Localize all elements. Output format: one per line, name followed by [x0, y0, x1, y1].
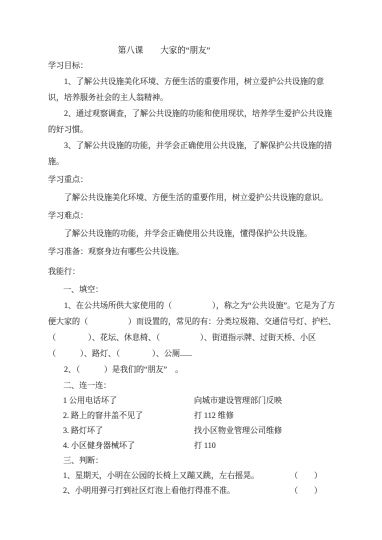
matching-row-3: 3. 路灯坏了 找小区物业管理公司维修: [63, 423, 336, 438]
document-page: 第八课 大家的“朋友” 学习目标： 1、了解公共设施美化环境、方便生活的重要作用…: [0, 0, 382, 540]
preparation-text: 学习准备：观察身边有哪些公共设施。: [48, 244, 336, 260]
matching-row-4: 4. 小区健身器械坏了 打 110: [63, 438, 336, 453]
difficult-point-heading: 学习难点：: [48, 208, 336, 224]
key-point-text: 了解公共设施美化环境、方便生活的重要作用，树立爱护公共设施的意识。: [48, 190, 336, 206]
matching-solution-4: 打 110: [194, 438, 336, 453]
lesson-title: 第八课 大家的“朋友”: [20, 42, 308, 58]
objective-item-3: 3、了解公共设施的功能，并学会正确使用公共设施，了解保护公共设施的措施。: [48, 138, 336, 170]
judgment-item-2: 2、小明用弹弓打到社区灯泡上看他打得准不准。 （ ）: [63, 483, 336, 498]
matching-problem-1: 1 公用电话坏了: [63, 393, 194, 408]
matching-row-1: 1 公用电话坏了 向城市建设管理部门反映: [63, 393, 336, 408]
judgment-answer-blank-1: （ ）: [290, 468, 322, 483]
matching-problem-2: 2. 路上的窨井盖不见了: [63, 408, 194, 423]
matching-row-2: 2. 路上的窨井盖不见了 打 112 维修: [63, 408, 336, 423]
fill-in-item-1: 1、在公共场所供大家使用的（ ），称之为“公共设施”。它是为了方便大家的（ ）而…: [48, 298, 336, 362]
judgment-answer-blank-2: （ ）: [290, 483, 322, 498]
key-point-heading: 学习重点：: [48, 172, 336, 188]
matching-problem-4: 4. 小区健身器械坏了: [63, 438, 194, 453]
objectives-heading: 学习目标：: [48, 58, 336, 74]
matching-solution-3: 找小区物业管理公司维修: [194, 423, 336, 438]
i-can-heading: 我能行：: [48, 264, 336, 280]
judgment-statement-1: 1、星期天，小明在公园的长椅上又蹦又跳，左右摇晃。: [63, 468, 259, 483]
matching-solution-1: 向城市建设管理部门反映: [194, 393, 336, 408]
judgment-statement-2: 2、小明用弹弓打到社区灯泡上看他打得准不准。: [63, 483, 235, 498]
fill-in-heading: 一、填空：: [48, 282, 336, 298]
judgment-item-1: 1、星期天，小明在公园的长椅上又蹦又跳，左右摇晃。 （ ）: [63, 468, 336, 483]
judgment-heading: 三、判断：: [48, 453, 336, 468]
matching-problem-3: 3. 路灯坏了: [63, 423, 194, 438]
fill-in-item-2: 2、（ ）是我们的“朋友” 。: [48, 362, 336, 378]
objective-item-2: 2、通过观察调查，了解公共设施的功能和使用现状，培养学生爱护公共设施的好习惯。: [48, 106, 336, 138]
matching-heading: 二、连一连：: [48, 378, 336, 393]
matching-solution-2: 打 112 维修: [194, 408, 336, 423]
difficult-point-text: 了解公共设施的功能，并学会正确使用公共设施，懂得保护公共设施。: [48, 226, 336, 242]
objective-item-1: 1、了解公共设施美化环境、方便生活的重要作用，树立爱护公共设施的意识，培养服务社…: [48, 74, 336, 106]
